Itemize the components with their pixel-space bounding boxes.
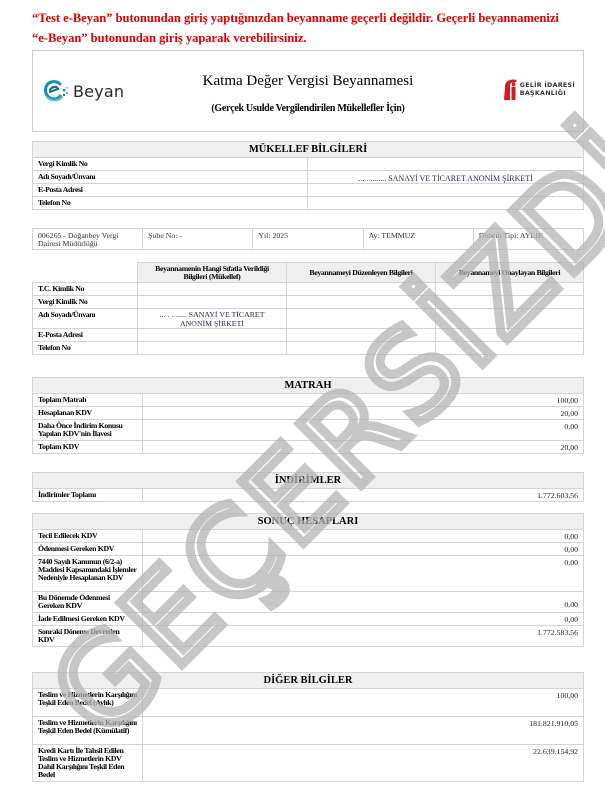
table-row: Teslim ve Hizmetlerin Karşılığını Teşkil… bbox=[33, 689, 584, 717]
invalid-watermark: GEÇERSİZDİR bbox=[33, 163, 605, 757]
table-row: E-Posta Adresi bbox=[33, 329, 584, 342]
column-header: Beyannamenin Hangi Sıfatla Verildiği Bil… bbox=[138, 263, 287, 283]
branch-no: Şube No: - bbox=[143, 229, 253, 250]
table-row: T.C. Kimlik No bbox=[33, 283, 584, 296]
declaration-subtitle: (Gerçek Usulde Vergilendirilen Mükellefl… bbox=[33, 103, 583, 114]
section-title: DİĞER BİLGİLER bbox=[33, 673, 584, 689]
test-mode-warning: “Test e-Beyan” butonundan giriş yaptığın… bbox=[32, 8, 572, 48]
taxpayer-info-table: MÜKELLEF BİLGİLERİ Vergi Kimlik No Adı S… bbox=[32, 141, 584, 210]
period-info-table: 006265 - Doğanbey Vergi Dairesi Müdürlüğ… bbox=[32, 228, 584, 250]
month: Ay: TEMMUZ bbox=[363, 229, 473, 250]
column-header: Beyannameyi Onaylayan Bilgileri bbox=[436, 263, 584, 283]
table-row: Sonraki Döneme Devreden KDV1.772.583,56 bbox=[33, 626, 584, 647]
table-row: Telefon No bbox=[33, 342, 584, 355]
other-info-table: DİĞER BİLGİLER Teslim ve Hizmetlerin Kar… bbox=[32, 672, 584, 782]
table-row: Toplam KDV20,00 bbox=[33, 441, 584, 454]
gib-logo: GELİR İDARESİ BAŞKANLIĞI bbox=[502, 79, 575, 101]
taxpayer-name: ... . ........ SANAYİ VE TİCARET ANONİM … bbox=[138, 309, 287, 329]
table-row: Vergi Kimlik No bbox=[33, 296, 584, 309]
section-title: MATRAH bbox=[33, 378, 584, 394]
table-row: Telefon No bbox=[33, 197, 584, 210]
table-row: Daha Önce İndirim Konusu Yapılan KDV'nin… bbox=[33, 420, 584, 441]
year: Yıl: 2025 bbox=[253, 229, 363, 250]
tax-office: 006265 - Doğanbey Vergi Dairesi Müdürlüğ… bbox=[33, 229, 143, 250]
column-header: Beyannameyi Düzenleyen Bilgileri bbox=[287, 263, 436, 283]
taxpayer-name: ... . ........ SANAYİ VE TİCARET ANONİM … bbox=[308, 171, 584, 184]
table-row: İndirimler Toplamı1.772.603,56 bbox=[33, 489, 584, 502]
section-title: SONUÇ HESAPLARI bbox=[33, 514, 584, 530]
declaration-title: Katma Değer Vergisi Beyannamesi bbox=[33, 73, 583, 90]
parties-table: Beyannamenin Hangi Sıfatla Verildiği Bil… bbox=[32, 262, 584, 355]
table-row: Vergi Kimlik No bbox=[33, 158, 584, 171]
table-row: Kredi Kartı İle Tahsil Edilen Teslim ve … bbox=[33, 745, 584, 782]
table-row: Adı Soyadı/Ünvanı ... . ........ SANAYİ … bbox=[33, 309, 584, 329]
tax-base-table: MATRAH Toplam Matrah100,00 Hesaplanan KD… bbox=[32, 377, 584, 454]
table-row: Ödenmesi Gereken KDV0,00 bbox=[33, 543, 584, 556]
table-row: Adı Soyadı/Ünvanı ... . ........ SANAYİ … bbox=[33, 171, 584, 184]
declaration-header: Beyan Katma Değer Vergisi Beyannamesi (G… bbox=[32, 50, 584, 132]
table-row: E-Posta Adresi bbox=[33, 184, 584, 197]
table-row: İade Edilmesi Gereken KDV0,00 bbox=[33, 613, 584, 626]
table-row: Teslim ve Hizmetlerin Karşılığını Teşkil… bbox=[33, 717, 584, 745]
section-title: MÜKELLEF BİLGİLERİ bbox=[33, 142, 584, 158]
section-title: İNDİRİMLER bbox=[33, 473, 584, 489]
table-row: Hesaplanan KDV20,00 bbox=[33, 407, 584, 420]
gib-logo-icon bbox=[502, 79, 518, 101]
gib-logo-text: GELİR İDARESİ BAŞKANLIĞI bbox=[520, 82, 575, 98]
table-row: 7440 Sayılı Kanunun (6/2-a) Maddesi Kaps… bbox=[33, 556, 584, 592]
deductions-table: İNDİRİMLER İndirimler Toplamı1.772.603,5… bbox=[32, 472, 584, 502]
table-row: Toplam Matrah100,00 bbox=[33, 394, 584, 407]
table-row: Bu Dönemde Ödenmesi Gereken KDV0,00 bbox=[33, 592, 584, 613]
results-table: SONUÇ HESAPLARI Tecil Edilecek KDV0,00 Ö… bbox=[32, 513, 584, 647]
table-row: 006265 - Doğanbey Vergi Dairesi Müdürlüğ… bbox=[33, 229, 584, 250]
period-type: Dönem Tipi: AYLIK bbox=[473, 229, 583, 250]
table-row: Tecil Edilecek KDV0,00 bbox=[33, 530, 584, 543]
